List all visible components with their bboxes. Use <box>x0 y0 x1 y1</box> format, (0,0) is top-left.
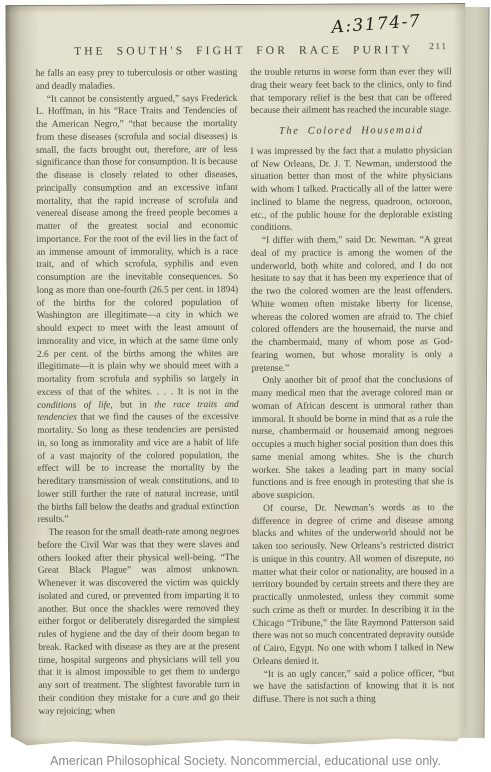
paragraph-hoffman-quote: “It cannot be consistently argued,” says… <box>36 92 239 526</box>
book-page-scan: A:3174-7 THE SOUTH'S FIGHT FOR RACE PURI… <box>5 3 468 747</box>
page-header: THE SOUTH'S FIGHT FOR RACE PURITY 211 <box>36 40 452 58</box>
handwritten-annotation: A:3174-7 <box>331 11 422 38</box>
paragraph-newman-quote: “I differ with them,” said Dr. Newman. “… <box>251 234 453 375</box>
italic-phrase: conditions of life <box>37 400 110 410</box>
running-title: THE SOUTH'S FIGHT FOR RACE PURITY <box>74 44 413 57</box>
paragraph: I was impressed by the fact that a mulat… <box>250 145 452 235</box>
scanned-document-viewer: A:3174-7 THE SOUTH'S FIGHT FOR RACE PURI… <box>0 0 491 772</box>
section-heading: The Colored Housemaid <box>250 125 452 139</box>
quote-text: “It cannot be consistently argued,” says… <box>36 93 239 397</box>
archive-caption: American Philosophical Society. Noncomme… <box>0 754 491 768</box>
paragraph: Of course, Dr. Newman’s words as to the … <box>252 502 454 669</box>
paragraph-continuation: he falls an easy prey to tuberculosis or… <box>36 67 238 93</box>
left-column: he falls an easy prey to tuberculosis or… <box>36 67 240 718</box>
page-number: 211 <box>429 42 447 52</box>
paragraph-continuation: the trouble returns in worse form than e… <box>250 66 452 118</box>
page-content: THE SOUTH'S FIGHT FOR RACE PURITY 211 he… <box>36 40 455 718</box>
paragraph-police-quote: “It is an ugly cancer,” said a police of… <box>253 668 455 707</box>
quote-text: that we find the causes of the excessive… <box>37 412 239 525</box>
two-column-text: he falls an easy prey to tuberculosis or… <box>36 66 455 718</box>
quote-text: , but in <box>110 400 154 410</box>
paragraph: The reason for the small death-rate amon… <box>38 526 240 718</box>
paragraph: Only another bit of proof that the concl… <box>252 374 454 502</box>
right-column: the trouble returns in worse form than e… <box>250 66 454 717</box>
